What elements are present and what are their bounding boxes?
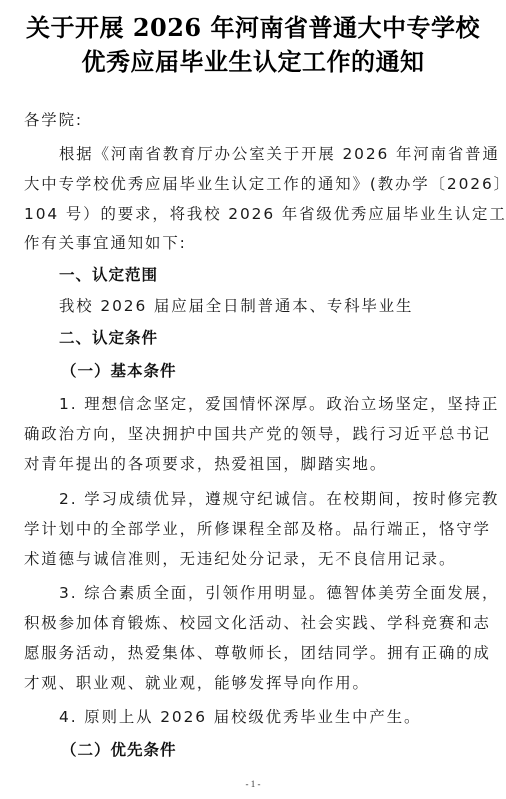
item-4-line-1: 4. 原则上从 2026 届校级优秀毕业生中产生。: [59, 707, 506, 727]
document-title-line-1: 关于开展 2026 年河南省普通大中专学校: [0, 8, 506, 43]
item-1-line-1: 1. 理想信念坚定，爱国情怀深厚。政治立场坚定，坚持正: [59, 394, 506, 414]
item-2-line-3: 术道德与诚信准则，无违纪处分记录，无不良信用记录。: [24, 549, 484, 569]
subsection-heading-basic: （一）基本条件: [61, 359, 177, 381]
section-scope-body: 我校 2026 届应届全日制普通本、专科毕业生: [59, 296, 506, 316]
item-3-line-2: 积极参加体育锻炼、校园文化活动、社会实践、学科竞赛和志: [24, 613, 484, 633]
item-1-line-3: 对青年提出的各项要求，热爱祖国，脚踏实地。: [24, 454, 484, 474]
intro-line-2: 大中专学校优秀应届毕业生认定工作的通知》(教办学〔2026〕: [24, 174, 484, 194]
item-1-line-2: 确政治方向，坚决拥护中国共产党的领导，践行习近平总书记: [24, 424, 484, 444]
section-heading-conditions: 二、认定条件: [59, 326, 158, 348]
intro-line-3: 104 号）的要求，将我校 2026 年省级优秀应届毕业生认定工: [24, 204, 484, 224]
item-3-line-4: 才观、职业观、就业观，能够发挥导向作用。: [24, 673, 484, 693]
item-3-line-1: 3. 综合素质全面，引领作用明显。德智体美劳全面发展，: [59, 583, 506, 603]
subsection-heading-priority: （二）优先条件: [61, 738, 177, 760]
item-3-line-3: 愿服务活动，热爱集体、尊敬师长，团结同学。拥有正确的成: [24, 643, 484, 663]
intro-line-4: 作有关事宜通知如下:: [24, 233, 484, 253]
salutation: 各学院:: [24, 110, 484, 130]
document-title-line-2: 优秀应届毕业生认定工作的通知: [0, 42, 506, 77]
document-page: 关于开展 2026 年河南省普通大中专学校 优秀应届毕业生认定工作的通知 各学院…: [0, 0, 506, 799]
page-number: - 1 -: [0, 779, 506, 789]
item-2-line-1: 2. 学习成绩优异，遵规守纪诚信。在校期间，按时修完教: [59, 489, 506, 509]
section-heading-scope: 一、认定范围: [59, 263, 158, 285]
item-2-line-2: 学计划中的全部学业，所修课程全部及格。品行端正，恪守学: [24, 519, 484, 539]
intro-line-1: 根据《河南省教育厅办公室关于开展 2026 年河南省普通: [59, 144, 506, 164]
